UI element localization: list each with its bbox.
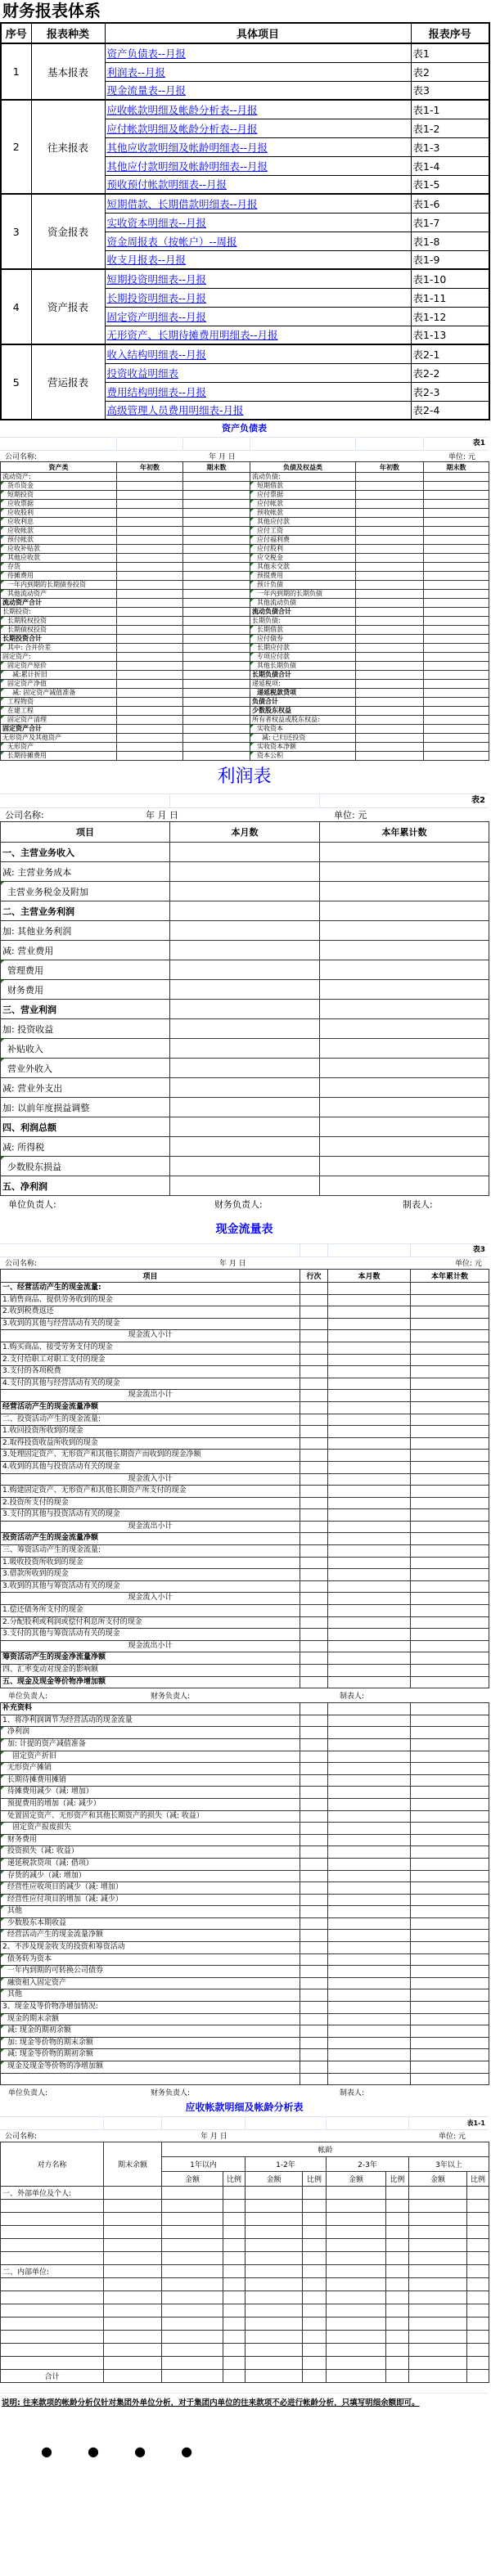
value-cell [117, 644, 183, 653]
liability-item-label: 长期应付款 [250, 644, 356, 653]
report-link[interactable]: 应付帐款明细及帐龄分析表--月报 [107, 123, 258, 135]
company-info-row: 公司名称: 年 月 日 单位: 元 [0, 2130, 489, 2142]
table-row [1, 2344, 489, 2357]
report-item-cell: 预收预付帐款明细表--月报 [105, 175, 411, 194]
value-cell [320, 843, 489, 862]
report-code: 表1-13 [411, 326, 489, 344]
asset-item-label: 货币资金 [1, 482, 117, 491]
item-label: 无形资产摊销 [1, 1763, 300, 1775]
table-row: 存货其他未交款 [1, 563, 489, 572]
value-cell [328, 1401, 411, 1414]
value-cell [303, 2331, 327, 2344]
value-cell [467, 2344, 489, 2357]
table-row: 主营业务税金及附加 [1, 882, 489, 901]
item-label: 管理费用 [1, 960, 170, 980]
table-row: 投资活动产生的现金流量净额 [1, 1533, 489, 1545]
report-link[interactable]: 实收资本明细表--月报 [107, 217, 207, 229]
report-link[interactable]: 高级管理人员费用明细表-月报 [107, 404, 244, 416]
value-cell [245, 2265, 303, 2278]
value-cell [183, 491, 250, 500]
line-no-cell [300, 1774, 328, 1787]
report-code: 表2-4 [411, 401, 489, 420]
value-cell [411, 2037, 489, 2049]
value-cell [328, 1461, 411, 1473]
value-cell [303, 2187, 327, 2200]
table-row: 二、主营业务利润 [1, 901, 489, 921]
value-cell [183, 626, 250, 635]
table-row: 三、营业利润 [1, 1000, 489, 1019]
value-cell [424, 671, 489, 680]
value-cell [162, 2278, 223, 2291]
value-cell [328, 2061, 411, 2074]
preparer-label: 制表人: [403, 1198, 433, 1211]
table-row: 处置固定资产、无形资产和其他长期资产的损失（减: 收益） [1, 1810, 489, 1823]
value-cell [386, 2265, 409, 2278]
value-cell [327, 2252, 386, 2265]
value-cell [328, 1509, 411, 1522]
asset-item-label: 长期投资: [1, 608, 117, 617]
report-link[interactable]: 短期投资明细表--月报 [107, 273, 207, 285]
table-row [1, 2318, 489, 2331]
value-cell [117, 725, 183, 734]
value-cell [183, 716, 250, 725]
company-info-row: 公司名称: 年 月 日 单位: 元 [0, 808, 489, 821]
value-cell [328, 1557, 411, 1569]
value-cell [411, 1966, 489, 1978]
report-link[interactable]: 收入结构明细表--月报 [107, 348, 207, 361]
value-cell [183, 644, 250, 653]
line-no-cell [300, 1906, 328, 1918]
value-cell [104, 2265, 162, 2278]
item-label: 加: 现金等价物的期末余额 [1, 2037, 300, 2049]
report-item-cell: 利润表--月报 [105, 62, 411, 81]
table-row: 经营性应付项目的增加（减: 减少） [1, 1894, 489, 1906]
unit-head-label: 单位负责人: [8, 1198, 56, 1211]
table-row: 5营运报表收入结构明细表--月报表2-1 [1, 344, 489, 363]
value-cell [411, 1652, 489, 1665]
value-cell [411, 1318, 489, 1330]
value-cell [320, 901, 489, 921]
table-header-row: 序号 报表种类 具体项目 报表序号 [1, 23, 489, 43]
value-cell [424, 572, 489, 581]
value-cell [117, 509, 183, 518]
report-item-cell: 应收帐款明细及帐龄分析表--月报 [105, 100, 411, 119]
value-cell [162, 2265, 223, 2278]
value-cell [424, 482, 489, 491]
value-cell [245, 2213, 303, 2226]
line-no-cell [300, 1616, 328, 1629]
value-cell [327, 2357, 386, 2370]
line-no-cell [300, 1426, 328, 1438]
line-no-cell [300, 1676, 328, 1688]
item-label: 3.收到的其他与经营活动有关的现金 [1, 1318, 300, 1330]
value-cell [409, 2304, 467, 2318]
asset-item-label: 长期股权投资 [1, 617, 117, 626]
group-type: 往来报表 [31, 100, 105, 194]
report-code: 表1-6 [411, 194, 489, 213]
value-cell [245, 2304, 303, 2318]
value-cell [356, 500, 424, 509]
asset-item-label: 其他流动资产 [1, 590, 117, 599]
item-label: 4.支付的其他与经营活动有关的现金 [1, 1378, 300, 1390]
report-item-cell: 投资收益明细表 [105, 363, 411, 382]
gridline [250, 438, 250, 450]
item-label: 二、投资活动产生的现金流量: [1, 1414, 300, 1426]
liability-item-label: 所有者权益或股东权益: [250, 716, 356, 725]
table-row [1, 2200, 489, 2213]
value-cell [424, 644, 489, 653]
value-cell [162, 2291, 223, 2304]
item-label [1, 2073, 300, 2085]
value-cell [328, 1580, 411, 1593]
value-cell [183, 518, 250, 527]
table-row: 一、外部单位及个人: [1, 2187, 489, 2200]
col-header-bucket-1: 1年以内 [162, 2157, 245, 2172]
table-row: 经营性应收项目的减少（减: 增加） [1, 1882, 489, 1895]
value-cell [327, 2213, 386, 2226]
line-no-cell [300, 1605, 328, 1617]
table-row: 固定资产清理所有者权益或股东权益: [1, 716, 489, 725]
value-cell [411, 1593, 489, 1605]
value-cell [170, 1019, 320, 1039]
item-label: 二、主营业务利润 [1, 901, 170, 921]
table-row: 补贴收入 [1, 1039, 489, 1059]
value-cell [356, 698, 424, 707]
table-row: 应收票据应付帐款 [1, 500, 489, 509]
value-cell [409, 2187, 467, 2200]
unit-label: 单位: 元 [448, 451, 475, 461]
value-cell [356, 608, 424, 617]
table-row: 1、将净利润调节为经营活动的现金流量 [1, 1715, 489, 1727]
line-no-cell [300, 1882, 328, 1895]
table-row: 待摊费用减少（减: 增加） [1, 1787, 489, 1799]
item-label: 债务转为资本 [1, 1953, 300, 1966]
line-no-cell [300, 1593, 328, 1605]
report-link[interactable]: 资产负债表--月报 [107, 47, 187, 60]
col-header-item: 项目 [1, 822, 170, 843]
report-link[interactable]: 其他应收款明细及帐龄明细表--月报 [107, 142, 268, 154]
value-cell [104, 2291, 162, 2304]
report-link[interactable]: 无形资产、长期待摊费用明细表--月报 [107, 329, 278, 341]
gridline [423, 438, 424, 450]
value-cell [183, 482, 250, 491]
item-label: 待摊费用减少（减: 增加） [1, 1787, 300, 1799]
table-row: 现金流出小计 [1, 1521, 489, 1533]
value-cell [467, 2278, 489, 2291]
table-row: 减: 固定资产减值准备递延税款贷项 [1, 689, 489, 698]
report-link[interactable]: 预收预付帐款明细表--月报 [107, 178, 227, 191]
value-cell [183, 608, 250, 617]
value-cell [320, 862, 489, 882]
table-row [1, 2239, 489, 2252]
asset-item-label: 应收利息 [1, 518, 117, 527]
value-cell [327, 2291, 386, 2304]
value-cell [117, 491, 183, 500]
value-cell [183, 536, 250, 545]
report-link[interactable]: 长期投资明细表--月报 [107, 292, 207, 304]
table-row: 一、经营活动产生的现金流量: [1, 1283, 489, 1295]
asset-item-label: 固定资产: [1, 653, 117, 662]
value-cell [183, 635, 250, 644]
value-cell [411, 2049, 489, 2061]
item-label: 五、现金及现金等价物净增加额 [1, 1676, 300, 1688]
asset-item-label: 应收股利 [1, 509, 117, 518]
table-row: 其他流动资产一年内到期的长期负债 [1, 590, 489, 599]
table-row: 少数股东损益 [1, 1157, 489, 1176]
col-header-no: 序号 [1, 23, 31, 43]
table-row: 3资金报表短期借款、长期借款明细表--月报表1-6 [1, 194, 489, 213]
report-item-cell: 应付帐款明细及帐龄分析表--月报 [105, 119, 411, 137]
value-cell [117, 698, 183, 707]
item-label: 其他 [1, 1906, 300, 1918]
liability-item-label: 应交税金 [250, 554, 356, 563]
value-cell [328, 1486, 411, 1498]
value-cell [411, 1870, 489, 1882]
value-cell [328, 1942, 411, 1954]
value-cell [411, 1533, 489, 1545]
value-cell [411, 1846, 489, 1859]
col-header-aging-group: 帐龄 [162, 2142, 489, 2157]
value-cell [328, 1497, 411, 1509]
value-cell [467, 2213, 489, 2226]
item-label: 处置固定资产、无形资产和其他长期资产的损失（减: 收益） [1, 1810, 300, 1823]
value-cell [411, 1580, 489, 1593]
asset-item-label: 存货 [1, 563, 117, 572]
item-label: 1.购建固定资产、无形资产和其他长期资产所支付的现金 [1, 1486, 300, 1498]
value-cell [356, 653, 424, 662]
value-cell [170, 960, 320, 980]
table-row: 3.收到的其他与经营活动有关的现金 [1, 1318, 489, 1330]
report-code: 表2-3 [411, 382, 489, 401]
value-cell [117, 734, 183, 743]
value-cell [356, 644, 424, 653]
value-cell [303, 2213, 327, 2226]
report-link[interactable]: 现金流量表--月报 [107, 84, 187, 97]
item-label: 2.取得投资收益所收到的现金 [1, 1437, 300, 1450]
table-row: 减: 现金等价物的期初余额 [1, 2049, 489, 2061]
value-cell [245, 2318, 303, 2331]
liability-item-label: 长期负债: [250, 617, 356, 626]
report-link[interactable]: 短期借款、长期借款明细表--月报 [107, 198, 258, 210]
balance-sheet-title: 资产负债表 [0, 420, 489, 437]
value-cell [245, 2357, 303, 2370]
gridline [408, 2117, 409, 2129]
item-label: 存货的减少（减: 增加） [1, 1870, 300, 1882]
sheet-number: 表1-1 [467, 2117, 485, 2129]
line-no-cell [300, 1942, 328, 1954]
item-label: 加: 其他业务利润 [1, 921, 170, 941]
table-row: 固定资产:专项应付款 [1, 653, 489, 662]
value-cell [411, 1437, 489, 1450]
line-no-cell [300, 1521, 328, 1533]
table-row: 长期债权投资长期借款 [1, 626, 489, 635]
value-cell [411, 1676, 489, 1688]
value-cell [245, 2187, 303, 2200]
value-cell [328, 1306, 411, 1319]
report-item-cell: 现金流量表--月报 [105, 81, 411, 100]
value-cell [409, 2318, 467, 2331]
col-header-begin2: 年初数 [356, 462, 424, 473]
table-row: 3、现金及等价物净增加情况: [1, 2002, 489, 2014]
item-label: 4.收到的其他与投资活动有关的现金 [1, 1461, 300, 1473]
line-no-cell [300, 2061, 328, 2074]
report-link[interactable]: 其他应付款明细及帐龄明细表--月报 [107, 160, 268, 173]
value-cell [117, 536, 183, 545]
item-label: 五、净利润 [1, 1176, 170, 1196]
line-no-cell [300, 1652, 328, 1665]
value-cell [170, 1176, 320, 1196]
col-header-line-no: 行次 [300, 1270, 328, 1283]
report-link[interactable]: 费用结构明细表--月报 [107, 386, 207, 398]
item-label: 2.投资所支付的现金 [1, 1497, 300, 1509]
table-row: 应收利息其他应付款 [1, 518, 489, 527]
item-label: 四、汇率变动对现金的影响额 [1, 1665, 300, 1677]
value-cell [424, 527, 489, 536]
value-cell [424, 554, 489, 563]
value-cell [356, 590, 424, 599]
item-label: 现金流出小计 [1, 1521, 300, 1533]
gridline [319, 794, 320, 807]
value-cell [411, 1616, 489, 1629]
value-cell [117, 716, 183, 725]
report-item-cell: 短期投资明细表--月报 [105, 269, 411, 288]
report-item-cell: 资金周报表（按帐户）--周报 [105, 232, 411, 250]
line-no-cell [300, 1715, 328, 1727]
table-row: 二、投资活动产生的现金流量: [1, 1414, 489, 1426]
value-cell [117, 599, 183, 608]
report-link[interactable]: 固定资产明细表--月报 [107, 311, 207, 323]
value-cell [467, 2318, 489, 2331]
liability-item-label: 长期借款 [250, 626, 356, 635]
ar-aging-title: 应收帐款明细及帐龄分析表 [0, 2099, 489, 2116]
group-type: 基本报表 [31, 43, 105, 100]
sheet-marker-row: 表2 [0, 793, 489, 808]
value-cell [411, 2061, 489, 2074]
value-cell [467, 2291, 489, 2304]
line-no-cell [300, 1665, 328, 1677]
value-cell [117, 752, 183, 761]
col-header-assets: 资产类 [1, 462, 117, 473]
value-cell [328, 2049, 411, 2061]
value-cell [424, 500, 489, 509]
col-header-amount: 金额 [327, 2172, 386, 2187]
value-cell [223, 2265, 245, 2278]
value-cell [117, 482, 183, 491]
value-cell [409, 2200, 467, 2213]
value-cell [424, 599, 489, 608]
value-cell [328, 1882, 411, 1895]
table-row: 1.偿还债务所支付的现金 [1, 1605, 489, 1617]
value-cell [162, 2357, 223, 2370]
col-header-bucket-3: 2-3年 [327, 2157, 409, 2172]
value-cell [162, 2239, 223, 2252]
value-cell [183, 680, 250, 689]
value-cell [328, 1283, 411, 1295]
value-cell [328, 1354, 411, 1366]
date-label: 年 月 日 [146, 808, 178, 821]
table-row: 合计 [1, 2370, 489, 2383]
signature-row: 单位负责人: 财务负责人: 制表人: [0, 1196, 489, 1216]
value-cell [328, 1629, 411, 1641]
value-cell [411, 1461, 489, 1473]
value-cell [409, 2265, 467, 2278]
value-cell [409, 2278, 467, 2291]
value-cell [104, 2252, 162, 2265]
value-cell [328, 1977, 411, 1989]
value-cell [170, 1059, 320, 1078]
report-link[interactable]: 利润表--月报 [107, 66, 166, 79]
sheet-number: 表2 [471, 794, 485, 807]
value-cell [386, 2344, 409, 2357]
value-cell [424, 734, 489, 743]
sheet-marker-row: 表1 [0, 437, 489, 451]
value-cell [424, 590, 489, 599]
value-cell [409, 2357, 467, 2370]
table-row: 长期股权投资长期负债: [1, 617, 489, 626]
value-cell [328, 1989, 411, 2002]
line-no-cell [300, 1497, 328, 1509]
line-no-cell [300, 1787, 328, 1799]
value-cell [320, 1176, 489, 1196]
value-cell [424, 626, 489, 635]
liability-item-label: 应付股利 [250, 545, 356, 554]
report-link[interactable]: 投资收益明细表 [107, 367, 179, 380]
company-name-label: 公司名称: [5, 1257, 37, 1268]
report-link[interactable]: 收支月报表--月报 [107, 254, 187, 266]
value-cell [328, 1676, 411, 1688]
liability-item-label: 其他未交款 [250, 563, 356, 572]
value-cell [223, 2331, 245, 2344]
value-cell [328, 2037, 411, 2049]
value-cell [117, 563, 183, 572]
report-item-cell: 费用结构明细表--月报 [105, 382, 411, 401]
value-cell [320, 1157, 489, 1176]
table-row: 2.取得投资收益所收到的现金 [1, 1437, 489, 1450]
table-row [1, 2213, 489, 2226]
table-row: 3.借款所收到的现金 [1, 1569, 489, 1581]
value-cell [411, 1557, 489, 1569]
table-row: 少数股东本期收益 [1, 1917, 489, 1930]
table-row: 2.投资所支付的现金 [1, 1497, 489, 1509]
col-header-bucket-4: 3年以上 [409, 2157, 489, 2172]
table-row: 加: 以前年度损益调整 [1, 1098, 489, 1117]
value-cell [386, 2200, 409, 2213]
value-cell [411, 1715, 489, 1727]
item-label: 递延税款贷项（减: 借项） [1, 1858, 300, 1870]
report-link[interactable]: 资金周报表（按帐户）--周报 [107, 236, 237, 248]
item-label: 减: 所得税 [1, 1137, 170, 1157]
value-cell [411, 1330, 489, 1342]
asset-item-label: 流动资产: [1, 473, 117, 482]
liability-item-label: 递延税款贷项 [250, 689, 356, 698]
line-no-cell [300, 1738, 328, 1751]
value-cell [356, 743, 424, 752]
asset-item-label: 应收补贴款 [1, 545, 117, 554]
value-cell [183, 473, 250, 482]
report-code: 表1-11 [411, 288, 489, 307]
sheet-marker-row: 表1-1 [0, 2116, 489, 2130]
value-cell [356, 581, 424, 590]
item-label: 1.偿还债务所支付的现金 [1, 1605, 300, 1617]
value-cell [245, 2200, 303, 2213]
value-cell [356, 725, 424, 734]
col-header-begin: 年初数 [117, 462, 183, 473]
value-cell [356, 482, 424, 491]
asset-item-label: 其中: 合并价差 [1, 644, 117, 653]
table-row: 存货的减少（减: 增加） [1, 1870, 489, 1882]
report-link[interactable]: 应收帐款明细及帐龄分析表--月报 [107, 104, 258, 116]
table-row: 3.支付的其他与投资活动有关的现金 [1, 1509, 489, 1522]
